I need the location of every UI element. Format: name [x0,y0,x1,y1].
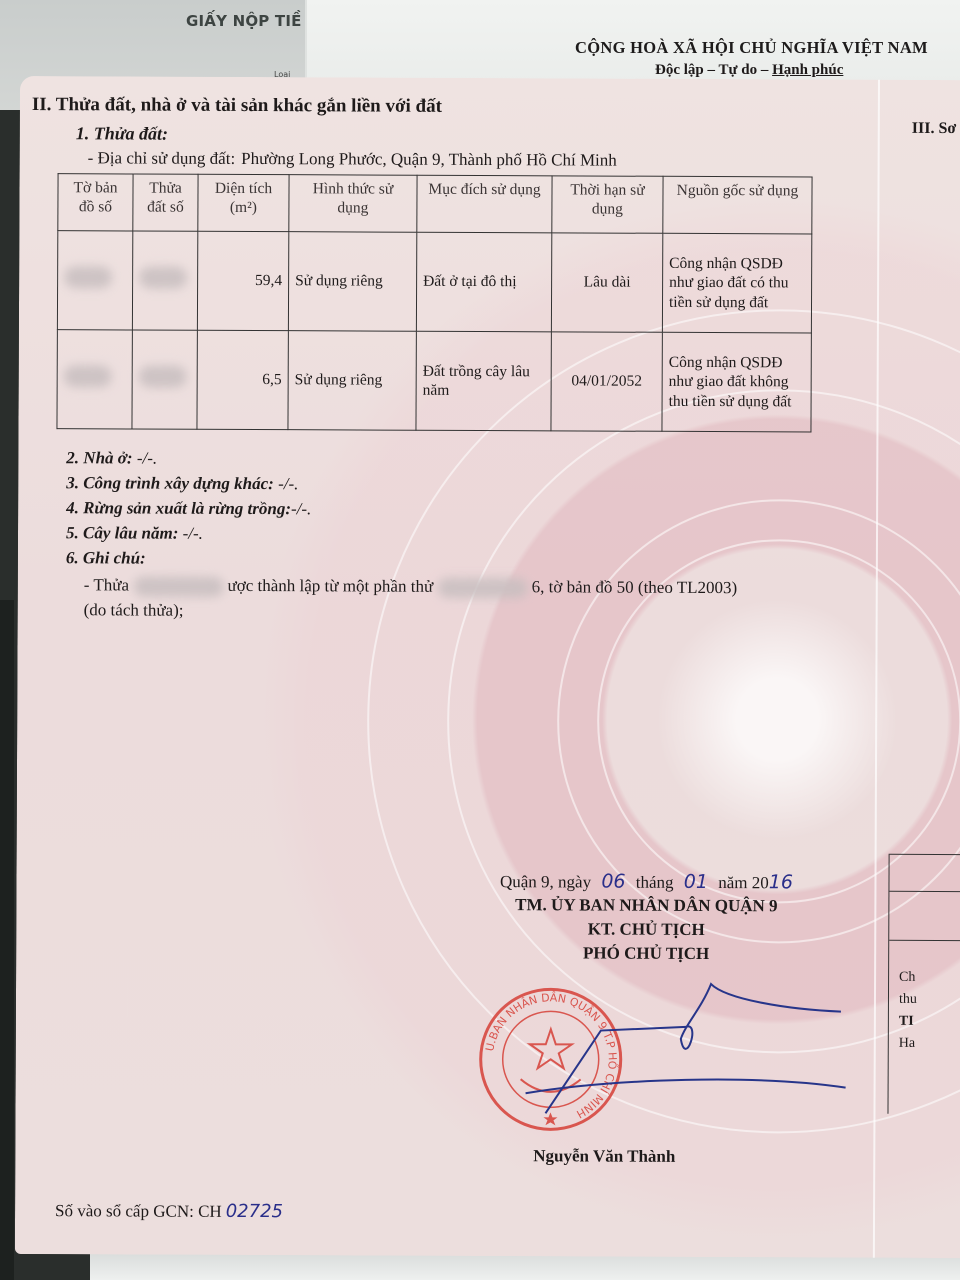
item-label: 5. Cây lâu năm: [66,523,178,542]
nation-title: CỘNG HOÀ XÃ HỘI CHỦ NGHĨA VIỆT NAM [575,38,928,58]
parcel-redacted [132,231,197,330]
partial-line: Ch [899,967,960,989]
signer-title: PHÓ CHỦ TỊCH [436,943,856,965]
partial-row [889,892,960,941]
motto-text: Độc lập – Tự do – [655,62,772,78]
gcn-number: 02725 [226,1201,283,1222]
partial-row [889,854,960,892]
property-items: 2. Nhà ở: -/-. 3. Công trình xây dựng kh… [66,448,312,574]
year-label: năm 20 [718,873,769,892]
col-origin: Nguồn gốc sử dụng [663,176,812,234]
land-parcel-table: Tờ bản đồ số Thửa đất số Diện tích (m²) … [56,173,812,432]
purpose-cell: Đất ở tại đô thị [416,232,551,332]
item-label: 2. Nhà ở: [66,448,132,467]
next-section-title: III. Sơ [912,120,957,138]
land-address: - Địa chỉ sử dụng đất:Phường Long Phước,… [88,148,617,170]
handwritten-month: 01 [678,871,714,893]
right-page-table-partial: Ch thu TI Ha [887,854,960,1114]
address-label: - Địa chỉ sử dụng đất: [88,148,236,168]
item-label: 4. Rừng sản xuất là rừng trồng: [66,498,291,518]
signature-block: Quận 9, ngày 06 tháng 01 năm 2016 TM. ỦY… [436,870,856,965]
col-area: Diện tích (m²) [198,174,289,231]
table-row: 59,4 Sử dụng riêng Đất ở tại đô thị Lâu … [57,231,811,333]
land-use-certificate: II. Thửa đất, nhà ở và tài sản khác gắn … [15,76,960,1258]
item-house: 2. Nhà ở: -/-. [66,448,311,474]
note-part: ược thành lập từ một phần thử [227,576,433,596]
handwritten-signature-icon [495,978,866,1120]
motto-underlined: Hạnh phúc [772,62,843,78]
land-heading: 1. Thửa đất: [76,123,168,144]
col-purpose: Mục đích sử dụng [417,175,552,233]
item-value: -/-. [133,448,158,467]
note-text: - Thửa ược thành lập từ một phần thử 6, … [84,572,764,625]
map-sheet-redacted [57,231,132,330]
partial-text: Ch thu TI Ha [889,941,960,1055]
area-cell: 6,5 [197,330,288,429]
term-cell: Lâu dài [551,233,662,332]
item-other-construction: 3. Công trình xây dựng khác: -/-. [66,473,311,499]
gcn-label: Số vào sổ cấp GCN: CH [55,1201,222,1221]
col-usage-form: Hình thức sử dụng [289,175,417,233]
map-sheet-redacted [57,330,132,429]
item-notes: 6. Ghi chú: [66,548,311,574]
item-label: 6. Ghi chú: [66,548,146,567]
term-cell: 04/01/2052 [551,332,662,431]
dark-surface [0,600,14,1280]
redacted-parcel [133,577,223,597]
month-label: tháng [636,873,674,892]
item-perennial-trees: 5. Cây lâu năm: -/-. [66,523,311,549]
signer-name: Nguyễn Văn Thành [533,1146,675,1167]
handwritten-year: 16 [769,871,793,893]
on-behalf-of: KT. CHỦ TỊCH [436,919,856,941]
col-term: Thời hạn sử dụng [552,176,663,233]
note-part: - Thửa [84,575,129,594]
usage-form-cell: Sử dụng riêng [288,331,416,431]
registration-number: Số vào sổ cấp GCN: CH02725 [55,1200,283,1222]
payment-slip-title: GIẤY NỘP TIỀ [186,12,302,30]
national-motto: Độc lập – Tự do – Hạnh phúc [655,62,843,79]
item-production-forest: 4. Rừng sản xuất là rừng trồng:-/-. [66,498,311,524]
issuing-authority: TM. ỦY BAN NHÂN DÂN QUẬN 9 [436,895,856,917]
item-value: -/-. [178,524,203,543]
table-header-row: Tờ bản đồ số Thửa đất số Diện tích (m²) … [58,174,812,234]
date-prefix: Quận 9, ngày [500,872,591,891]
parcel-redacted [132,330,197,429]
origin-cell: Công nhận QSDĐ như giao đất không thu ti… [662,332,811,432]
issue-date: Quận 9, ngày 06 tháng 01 năm 2016 [436,870,856,894]
item-value: -/-. [274,474,299,493]
usage-form-cell: Sử dụng riêng [288,232,416,332]
partial-line: Ha [899,1033,960,1055]
item-label: 3. Công trình xây dựng khác: [66,473,274,493]
partial-line: TI [899,1011,960,1033]
purpose-cell: Đất trồng cây lâu năm [416,331,551,431]
redacted-parcel [437,578,527,598]
address-value: Phường Long Phước, Quận 9, Thành phố Hồ … [241,149,617,170]
item-value: -/-. [291,499,311,518]
handwritten-day: 06 [595,871,631,893]
area-cell: 59,4 [197,231,288,330]
col-map-sheet: Tờ bản đồ số [58,174,133,231]
origin-cell: Công nhận QSDĐ như giao đất có thu tiền … [662,233,811,333]
partial-line: thu [899,989,960,1011]
section-title: II. Thửa đất, nhà ở và tài sản khác gắn … [32,94,442,118]
table-row: 6,5 Sử dụng riêng Đất trồng cây lâu năm … [57,330,811,432]
col-parcel: Thửa đất số [133,174,198,231]
